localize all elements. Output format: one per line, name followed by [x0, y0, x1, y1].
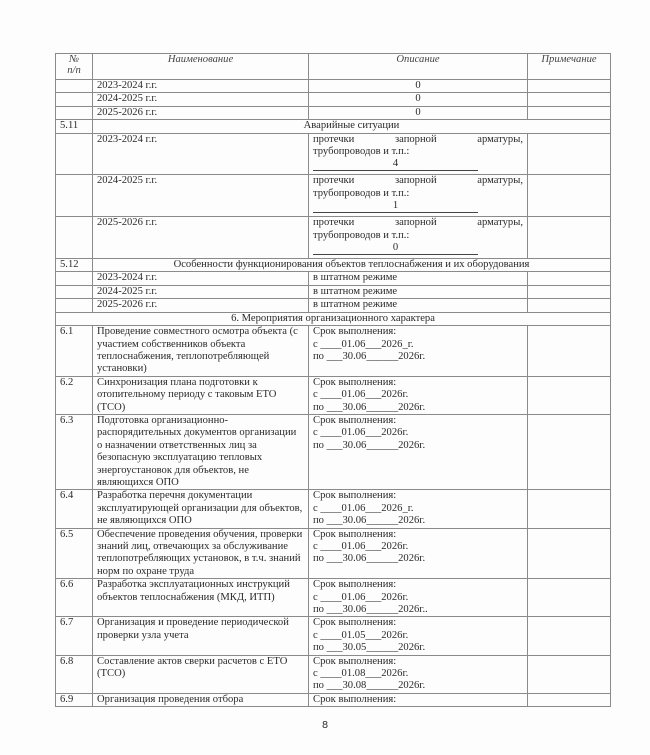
row-description: Срок выполнения:с ____01.06___2026_г.по … — [309, 326, 528, 377]
row-num: 6.9 — [56, 693, 93, 706]
term-label: Срок выполнения: — [313, 377, 523, 389]
table-row: 2023-2024 г.г. в штатном режиме — [56, 272, 611, 285]
document-table: №п/п Наименование Описание Примечание 20… — [55, 53, 611, 707]
term-label: Срок выполнения: — [313, 326, 523, 338]
description-line-1: протечки запорной арматуры, — [313, 175, 523, 187]
table-row: 2023-2024 г.г. протечки запорной арматур… — [56, 133, 611, 175]
table-row: 2025-2026 г.г. 0 — [56, 106, 611, 119]
section-num: 5.11 — [56, 120, 93, 133]
table-header-row: №п/п Наименование Описание Примечание — [56, 54, 611, 80]
term-from: с ____01.05___2026г. — [313, 630, 523, 642]
section-row-5-11: 5.11 Аварийные ситуации — [56, 120, 611, 133]
row-name: 2024-2025 г.г. — [93, 175, 309, 217]
header-name: Наименование — [93, 54, 309, 80]
incident-count: 1 — [313, 200, 478, 213]
row-description: Срок выполнения:с ____01.06___2026_г.по … — [309, 490, 528, 528]
term-from: с ____01.06___2026г. — [313, 427, 523, 439]
row-name: 2024-2025 г.г. — [93, 93, 309, 106]
row-description: 0 — [309, 93, 528, 106]
row-num — [56, 93, 93, 106]
row-description: Срок выполнения:с ____01.06___2026г.по _… — [309, 376, 528, 414]
row-num: 6.4 — [56, 490, 93, 528]
row-num: 6.2 — [56, 376, 93, 414]
header-num: №п/п — [56, 54, 93, 80]
section-row-5-12: 5.12 Особенности функционирования объект… — [56, 259, 611, 272]
section-6-items: 6.1Проведение совместного осмотра объект… — [56, 326, 611, 707]
section-header-6: 6. Мероприятия организационного характер… — [56, 312, 611, 325]
row-description: Срок выполнения:с ____01.08___2026г.по _… — [309, 655, 528, 693]
section-title: 6. Мероприятия организационного характер… — [56, 312, 611, 325]
description-line-1: протечки запорной арматуры, — [313, 217, 523, 229]
header-description: Описание — [309, 54, 528, 80]
table-row: 6.6Разработка эксплуатационных инструкци… — [56, 579, 611, 617]
table-row: 2023-2024 г.г. 0 — [56, 80, 611, 93]
table-row: 6.9Организация проведения отбораСрок вып… — [56, 693, 611, 706]
row-note — [528, 414, 611, 489]
term-from: с ____01.06___2026_г. — [313, 339, 523, 351]
term-to: по ___30.06______2026г.. — [313, 604, 523, 616]
term-label: Срок выполнения: — [313, 656, 523, 668]
row-num: 6.7 — [56, 617, 93, 655]
row-description: протечки запорной арматуры, трубопроводо… — [309, 175, 528, 217]
term-label: Срок выполнения: — [313, 529, 523, 541]
row-description: Срок выполнения:с ____01.05___2026г.по _… — [309, 617, 528, 655]
row-description: в штатном режиме — [309, 299, 528, 312]
description-line-2: трубопроводов и т.п.: — [313, 188, 523, 200]
term-to: по ___30.06______2026г. — [313, 351, 523, 363]
table-row: 6.8Составление актов сверки расчетов с Е… — [56, 655, 611, 693]
row-name: 2023-2024 г.г. — [93, 80, 309, 93]
table-row: 2025-2026 г.г. протечки запорной арматур… — [56, 217, 611, 259]
description-line-1: протечки запорной арматуры, — [313, 134, 523, 146]
row-num — [56, 217, 93, 259]
row-name: Разработка эксплуатационных инструкций о… — [93, 579, 309, 617]
term-label: Срок выполнения: — [313, 415, 523, 427]
section-title: Аварийные ситуации — [93, 120, 611, 133]
incident-count: 4 — [313, 158, 478, 171]
table-row: 2024-2025 г.г. в штатном режиме — [56, 285, 611, 298]
row-name: Синхронизация плана подготовки к отопите… — [93, 376, 309, 414]
row-note — [528, 106, 611, 119]
row-num: 6.1 — [56, 326, 93, 377]
term-from: с ____01.06___2026г. — [313, 389, 523, 401]
row-description: в штатном режиме — [309, 285, 528, 298]
table-row: 6.3Подготовка организационно-распорядите… — [56, 414, 611, 489]
table-row: 2024-2025 г.г. протечки запорной арматур… — [56, 175, 611, 217]
row-description: 0 — [309, 106, 528, 119]
row-num — [56, 272, 93, 285]
row-name: 2025-2026 г.г. — [93, 217, 309, 259]
row-num — [56, 299, 93, 312]
row-num: 6.5 — [56, 528, 93, 579]
row-name: Разработка перечня документации эксплуат… — [93, 490, 309, 528]
term-to: по ___30.06______2026г. — [313, 553, 523, 565]
row-description: Срок выполнения:с ____01.06___2026г.по _… — [309, 414, 528, 489]
term-from: с ____01.08___2026г. — [313, 668, 523, 680]
row-name: Подготовка организационно-распорядительн… — [93, 414, 309, 489]
row-note — [528, 490, 611, 528]
row-name: Обеспечение проведения обучения, проверк… — [93, 528, 309, 579]
row-name: 2025-2026 г.г. — [93, 106, 309, 119]
term-to: по ___30.06______2026г. — [313, 402, 523, 414]
table-row: 6.1Проведение совместного осмотра объект… — [56, 326, 611, 377]
row-num — [56, 106, 93, 119]
term-from: с ____01.06___2026г. — [313, 541, 523, 553]
row-note — [528, 376, 611, 414]
row-description: в штатном режиме — [309, 272, 528, 285]
header-note: Примечание — [528, 54, 611, 80]
row-note — [528, 272, 611, 285]
term-label: Срок выполнения: — [313, 490, 523, 502]
table-row: 6.4Разработка перечня документации экспл… — [56, 490, 611, 528]
row-note — [528, 579, 611, 617]
row-name: 2025-2026 г.г. — [93, 299, 309, 312]
row-description: Срок выполнения:с ____01.06___2026г.по _… — [309, 528, 528, 579]
term-label: Срок выполнения: — [313, 579, 523, 591]
row-description: 0 — [309, 80, 528, 93]
row-note — [528, 80, 611, 93]
row-note — [528, 285, 611, 298]
row-num: 6.6 — [56, 579, 93, 617]
row-note — [528, 326, 611, 377]
term-label: Срок выполнения: — [313, 694, 523, 706]
row-note — [528, 655, 611, 693]
row-num: 6.8 — [56, 655, 93, 693]
table-row: 6.2Синхронизация плана подготовки к отоп… — [56, 376, 611, 414]
row-note — [528, 528, 611, 579]
section-num: 5.12 — [56, 259, 93, 272]
row-note — [528, 299, 611, 312]
table-row: 6.7Организация и проведение периодическо… — [56, 617, 611, 655]
term-label: Срок выполнения: — [313, 617, 523, 629]
row-name: Организация и проведение периодической п… — [93, 617, 309, 655]
row-num: 6.3 — [56, 414, 93, 489]
row-name: 2023-2024 г.г. — [93, 133, 309, 175]
row-note — [528, 175, 611, 217]
term-to: по ___30.06______2026г. — [313, 515, 523, 527]
row-name: Составление актов сверки расчетов с ЕТО … — [93, 655, 309, 693]
row-note — [528, 93, 611, 106]
description-line-2: трубопроводов и т.п.: — [313, 146, 523, 158]
incident-count: 0 — [313, 242, 478, 255]
row-num — [56, 285, 93, 298]
term-from: с ____01.06___2026_г. — [313, 503, 523, 515]
description-line-2: трубопроводов и т.п.: — [313, 230, 523, 242]
row-name: Проведение совместного осмотра объекта (… — [93, 326, 309, 377]
term-to: по ___30.05______2026г. — [313, 642, 523, 654]
table-row: 2024-2025 г.г. 0 — [56, 93, 611, 106]
term-from: с ____01.06___2026г. — [313, 592, 523, 604]
term-to: по ___30.08______2026г. — [313, 680, 523, 692]
page-number: 8 — [0, 720, 650, 731]
row-num — [56, 175, 93, 217]
section-title: Особенности функционирования объектов те… — [93, 259, 611, 272]
row-note — [528, 693, 611, 706]
row-description: протечки запорной арматуры, трубопроводо… — [309, 217, 528, 259]
row-name: Организация проведения отбора — [93, 693, 309, 706]
row-note — [528, 133, 611, 175]
row-note — [528, 217, 611, 259]
row-num — [56, 133, 93, 175]
row-description: протечки запорной арматуры, трубопроводо… — [309, 133, 528, 175]
table-row: 2025-2026 г.г. в штатном режиме — [56, 299, 611, 312]
row-description: Срок выполнения:с ____01.06___2026г.по _… — [309, 579, 528, 617]
row-num — [56, 80, 93, 93]
table-row: 6.5Обеспечение проведения обучения, пров… — [56, 528, 611, 579]
row-note — [528, 617, 611, 655]
row-description: Срок выполнения: — [309, 693, 528, 706]
row-name: 2024-2025 г.г. — [93, 285, 309, 298]
term-to: по ___30.06______2026г. — [313, 440, 523, 452]
row-name: 2023-2024 г.г. — [93, 272, 309, 285]
